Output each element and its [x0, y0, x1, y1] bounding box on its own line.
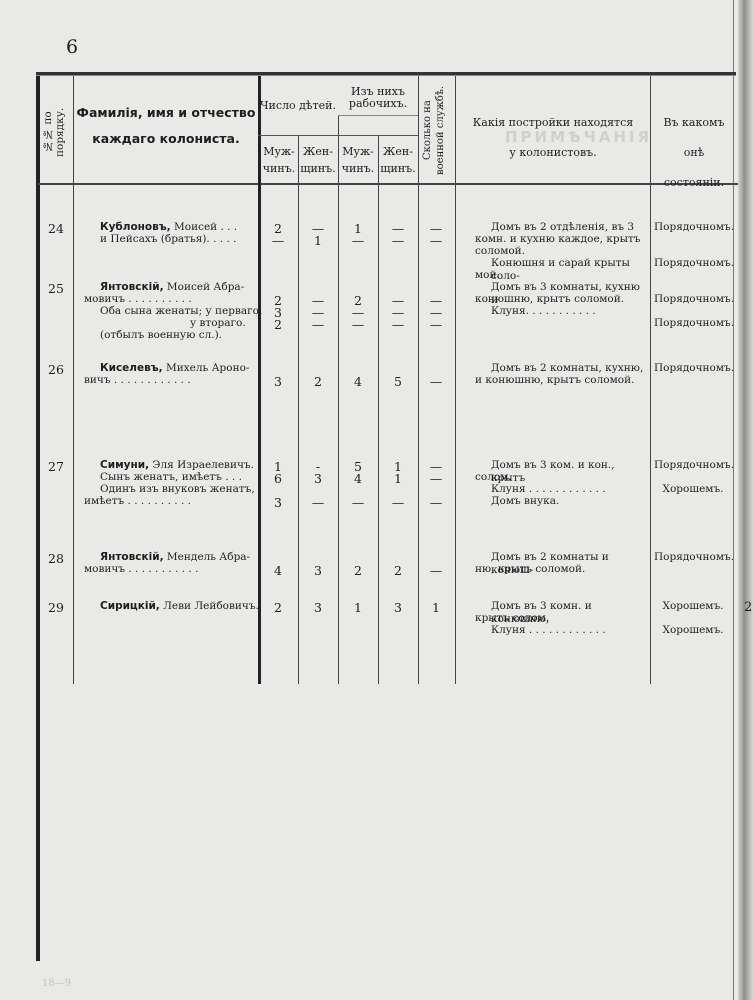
header-military: Сколько на военной службѣ.: [421, 80, 453, 180]
condition-value: Порядочномъ.: [654, 317, 732, 329]
count-cell: —: [421, 374, 451, 389]
header-children: Число дѣтей.: [260, 100, 336, 112]
header-children-men: Муж-чинъ.: [260, 143, 298, 177]
header-buildings: Какія постройки находятсяу колонистовъ.: [460, 108, 646, 168]
count-cell: 2: [263, 600, 293, 615]
header-children-women: Жен-щинъ.: [299, 143, 337, 177]
building-line: комн. и кухню каждое, крытъ: [475, 233, 645, 246]
building-line: солом.: [475, 471, 645, 484]
colonist-name-line: Кублоновъ, Моисей . . .: [100, 221, 260, 234]
col-divider: [455, 76, 456, 684]
count-cell: 4: [343, 374, 373, 389]
count-cell: 2: [303, 374, 333, 389]
count-cell: —: [383, 317, 413, 332]
colonist-name-line: Киселевъ, Михель Ароно-: [100, 362, 260, 375]
count-cell: 3: [303, 471, 333, 486]
count-cell: 3: [263, 374, 293, 389]
building-line: Клуня. . . . . . . . . . .: [491, 305, 645, 318]
condition-value: Порядочномъ.: [654, 221, 732, 233]
count-cell: —: [421, 317, 451, 332]
condition-value: Порядочномъ.: [654, 362, 732, 374]
header-name: Фамилія, имя и отчество каждаго колонист…: [76, 100, 256, 152]
count-cell: —: [383, 495, 413, 510]
count-cell: —: [263, 233, 293, 248]
colonist-name-line: имѣетъ . . . . . . . . . .: [84, 495, 244, 508]
header-condition: Въ какомъ онѣсостояніи.: [652, 108, 736, 198]
count-cell: —: [303, 317, 333, 332]
subheader-rule: [338, 135, 418, 136]
col-divider: [73, 76, 74, 684]
count-cell: 3: [383, 600, 413, 615]
col-divider: [650, 76, 651, 684]
col-divider: [338, 115, 339, 684]
count-cell: —: [421, 471, 451, 486]
col-divider: [378, 135, 379, 684]
count-cell: 2: [343, 563, 373, 578]
row-number: 28: [48, 551, 64, 566]
building-line: конюшню, крытъ соломой.: [475, 293, 645, 306]
colonist-name-line: Одинъ изъ внуковъ женатъ,: [100, 483, 260, 496]
count-cell: 4: [263, 563, 293, 578]
colonist-name-line: Сынъ женатъ, имѣетъ . . .: [100, 471, 260, 484]
count-cell: 2: [263, 317, 293, 332]
table-top-rule: [36, 72, 736, 76]
col-divider: [418, 76, 419, 684]
row-number: 25: [48, 281, 64, 296]
colonist-name-line: мовичъ . . . . . . . . . .: [84, 293, 244, 306]
count-cell: —: [343, 317, 373, 332]
count-cell: —: [421, 233, 451, 248]
count-cell: 2: [383, 563, 413, 578]
header-workers-men: Муж-чинъ.: [339, 143, 377, 177]
building-line: ню, крытъ соломой.: [475, 563, 645, 576]
count-cell: 5: [383, 374, 413, 389]
count-cell: 4: [343, 471, 373, 486]
building-line: Домъ въ 2 отдѣленія, въ 3: [491, 221, 645, 234]
header-row-number: №№ по порядку.: [42, 88, 68, 176]
building-line: Домъ въ 2 комнаты, кухню,: [491, 362, 645, 375]
count-cell: 3: [303, 600, 333, 615]
count-cell: —: [421, 563, 451, 578]
colonist-name-line: Янтовскій, Мендель Абра-: [100, 551, 260, 564]
header-workers: Изъ нихъ рабочихъ.: [340, 86, 416, 110]
subheader-rule: [338, 115, 418, 116]
count-cell: 1: [421, 600, 451, 615]
table-left-border: [36, 76, 40, 961]
row-number: 27: [48, 459, 64, 474]
condition-value: Порядочномъ.: [654, 293, 732, 305]
building-line: Домъ внука.: [491, 495, 645, 508]
condition-value: Порядочномъ.: [654, 459, 732, 471]
book-binding: [738, 0, 754, 1000]
colonist-name-line: (отбылъ военную сл.).: [100, 329, 260, 342]
count-cell: 1: [303, 233, 333, 248]
colonist-name-line: и Пейсахъ (братья). . . . .: [100, 233, 260, 246]
colonist-name-line: Янтовскій, Моисей Абра-: [100, 281, 260, 294]
colonist-name-line: вичъ . . . . . . . . . . . .: [84, 374, 244, 387]
condition-value: Хорошемъ.: [654, 483, 732, 495]
condition-value: Порядочномъ.: [654, 551, 732, 563]
count-cell: —: [421, 495, 451, 510]
row-number: 26: [48, 362, 64, 377]
building-line: соломой.: [475, 245, 645, 258]
page-number: 6: [66, 36, 78, 58]
header-workers-women: Жен-щинъ.: [379, 143, 417, 177]
footer-mark: 18—9: [42, 978, 71, 989]
count-cell: —: [343, 233, 373, 248]
edge-fragment: 2: [744, 600, 752, 615]
count-cell: 6: [263, 471, 293, 486]
colonist-name-line: Сирицкій, Леви Лейбовичъ.: [100, 600, 260, 613]
subheader-rule: [258, 135, 338, 136]
count-cell: 1: [343, 600, 373, 615]
count-cell: 3: [303, 563, 333, 578]
colonist-name-line: Оба сына женаты; у перваго.: [100, 305, 260, 318]
building-line: Клуня . . . . . . . . . . . .: [491, 483, 645, 496]
count-cell: —: [383, 233, 413, 248]
count-cell: 1: [383, 471, 413, 486]
building-line: крытъ солом.: [475, 612, 645, 625]
count-cell: 3: [263, 495, 293, 510]
building-line: Клуня . . . . . . . . . . . .: [491, 624, 645, 637]
count-cell: —: [303, 495, 333, 510]
row-number: 29: [48, 600, 64, 615]
col-divider: [298, 135, 299, 684]
row-number: 24: [48, 221, 64, 236]
building-line: и конюшню, крытъ соломой.: [475, 374, 645, 387]
building-line: мой.: [475, 269, 645, 282]
count-cell: —: [343, 495, 373, 510]
condition-value: Хорошемъ.: [654, 600, 732, 612]
condition-value: Хорошемъ.: [654, 624, 732, 636]
condition-value: Порядочномъ.: [654, 257, 732, 269]
colonist-name-line: Симуни, Эля Израелевичъ.: [100, 459, 260, 472]
colonist-name-line: мовичъ . . . . . . . . . . .: [84, 563, 244, 576]
header-bottom-rule: [38, 183, 738, 185]
